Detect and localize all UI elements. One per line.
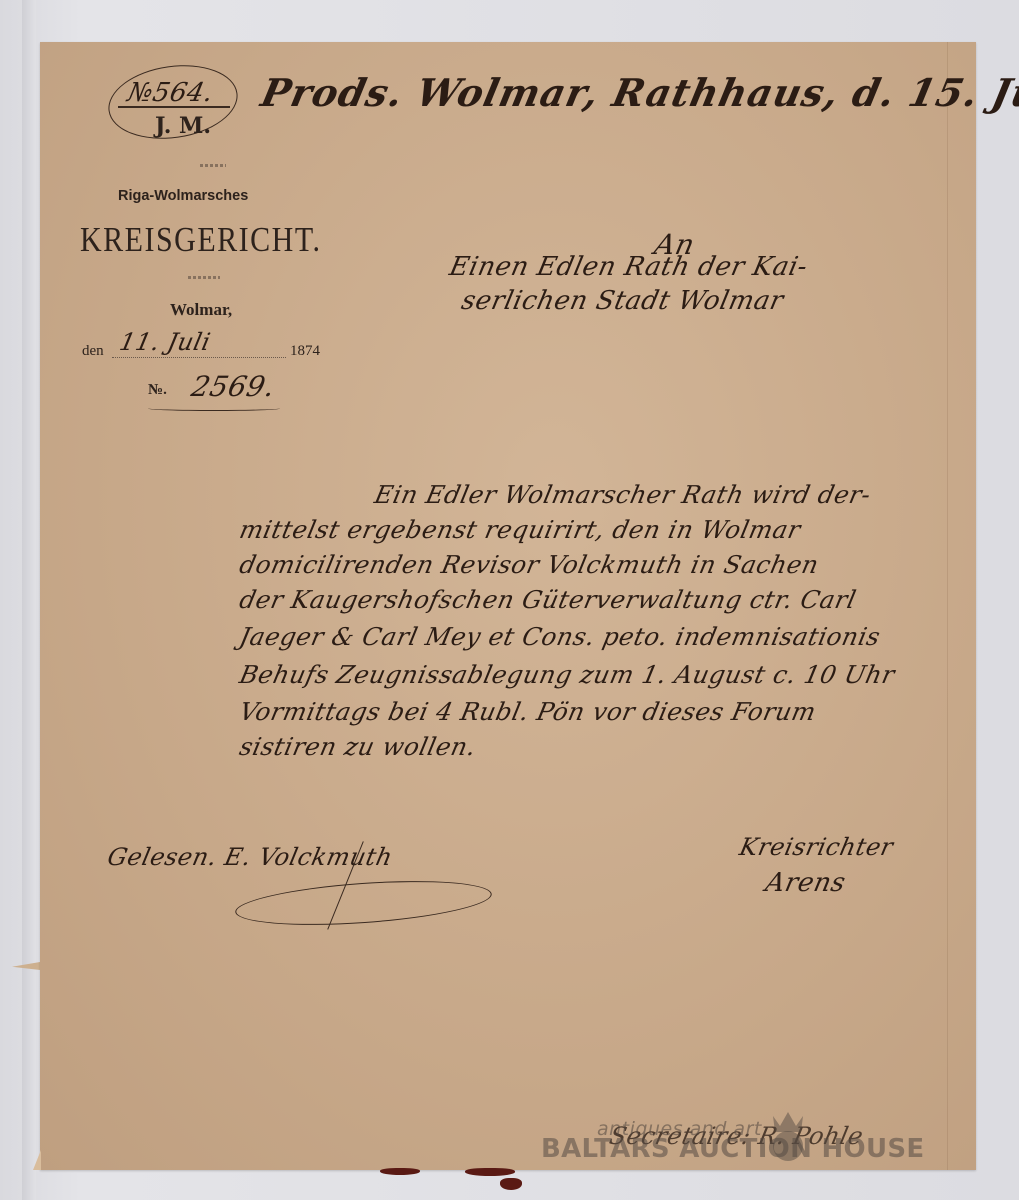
number-label: №. bbox=[148, 382, 167, 399]
body-line: domicilirenden Revisor Volckmuth in Sach… bbox=[237, 550, 822, 579]
body-line: Ein Edler Wolmarscher Rath wird der- bbox=[372, 480, 874, 509]
body-line: Behufs Zeugnissablegung zum 1. August c.… bbox=[237, 660, 898, 689]
body-line: mittelst ergebenst requirirt, den in Wol… bbox=[237, 515, 804, 544]
number-brace bbox=[148, 406, 280, 411]
place-name: Wolmar, bbox=[170, 300, 232, 320]
signer-name: Arens bbox=[763, 868, 849, 898]
issuer-title: KREISGERICHT. bbox=[80, 221, 321, 260]
body-line: Jaeger & Carl Mey et Cons. peto. indemni… bbox=[237, 622, 883, 651]
body-line: der Kaugershofschen Güterverwaltung ctr.… bbox=[237, 585, 859, 614]
date-handwritten: 11. Juli bbox=[117, 328, 213, 356]
date-dotted-line bbox=[112, 357, 286, 358]
monogram: J. M. bbox=[155, 113, 211, 139]
paper-fold-edge bbox=[947, 42, 948, 1170]
registry-number: №564. bbox=[125, 78, 216, 108]
number-value: 2569. bbox=[188, 370, 278, 403]
ornament-divider bbox=[200, 164, 226, 167]
date-label: den bbox=[82, 343, 104, 360]
ornament-divider bbox=[188, 276, 220, 279]
body-line: Vormittags bei 4 Rubl. Pön vor dieses Fo… bbox=[237, 697, 819, 726]
issuer-subtitle: Riga-Wolmarsches bbox=[118, 188, 248, 204]
address-line-1: Einen Edlen Rath der Kai- bbox=[447, 252, 811, 282]
address-line-2: serlichen Stadt Wolmar bbox=[459, 286, 787, 316]
wax-seal-remnant bbox=[465, 1168, 515, 1176]
protective-sleeve-edge bbox=[22, 0, 36, 1200]
wax-seal-remnant bbox=[380, 1168, 420, 1175]
body-line: sistiren zu wollen. bbox=[237, 732, 479, 761]
year-printed: 1874 bbox=[290, 343, 320, 360]
signer-title: Kreisrichter bbox=[737, 833, 896, 861]
wax-seal-remnant bbox=[500, 1178, 522, 1190]
dateline: Prods. Wolmar, Rathhaus, d. 15. Juli 187… bbox=[257, 70, 1019, 115]
watermark-name: BALTARS AUCTION HOUSE bbox=[541, 1134, 924, 1164]
